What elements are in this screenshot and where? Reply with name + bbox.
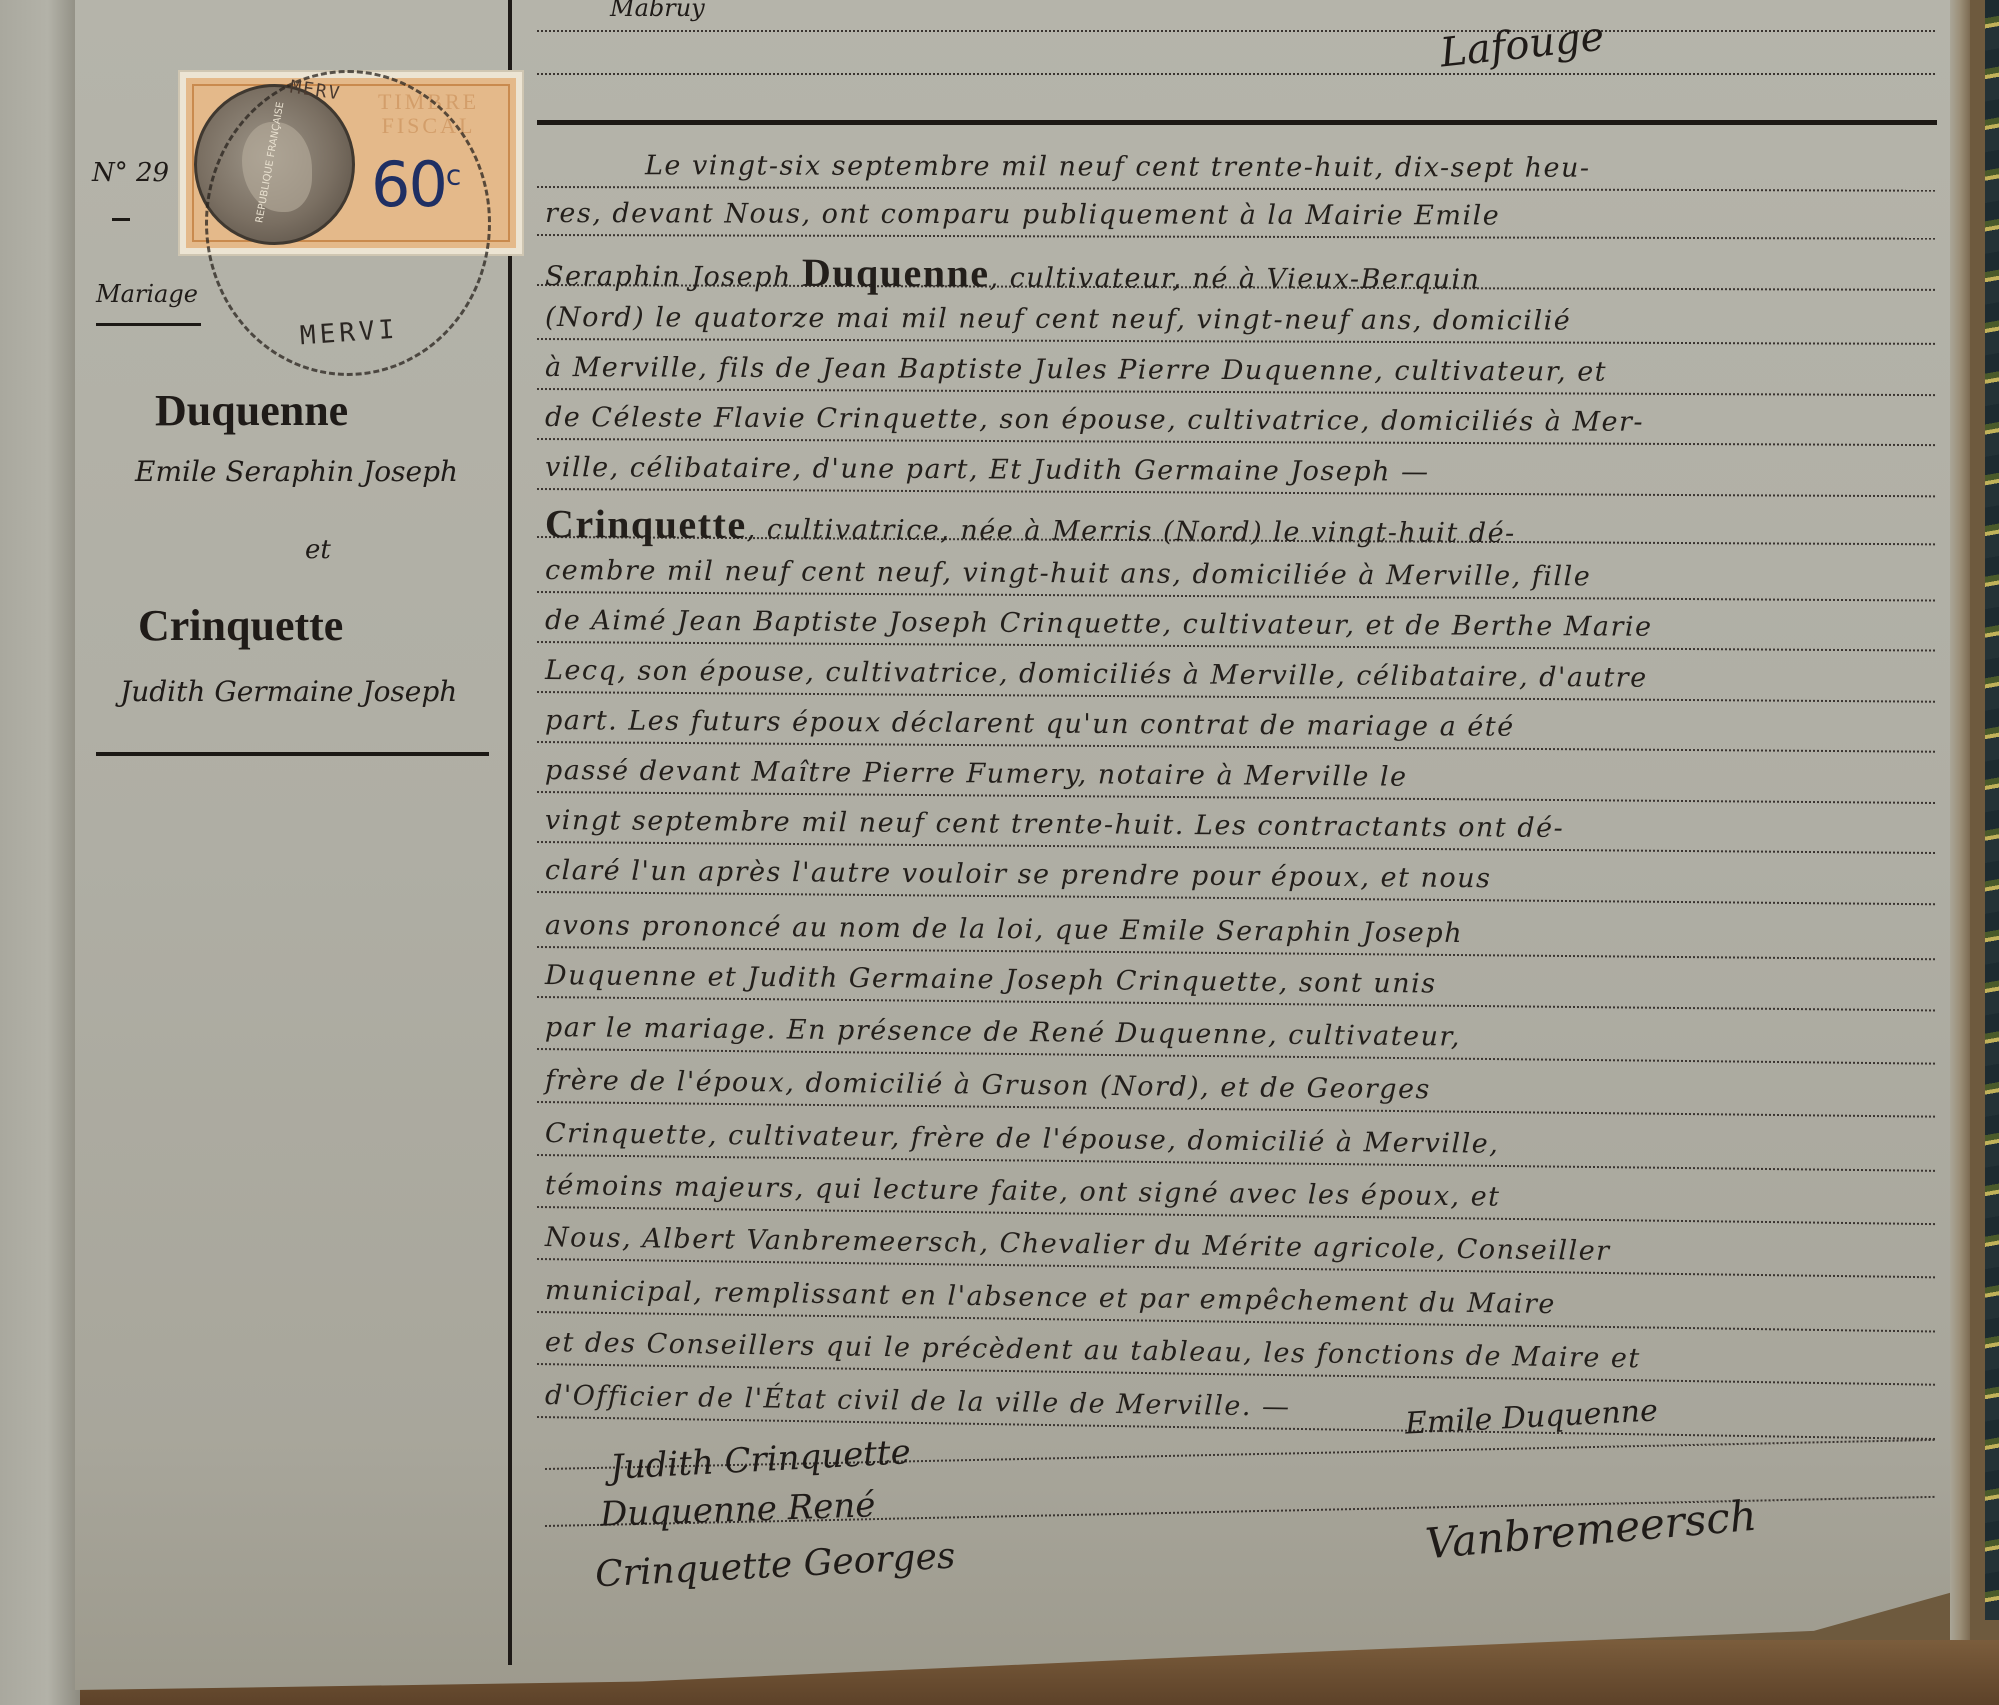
- previous-signature-left: Mabruy: [610, 0, 705, 22]
- page-edge-right: [1950, 0, 1970, 1640]
- act-line: (Nord) le quatorze mai mil neuf cent neu…: [545, 302, 1571, 337]
- act-line: Crinquette, cultivatrice, née à Merris (…: [545, 500, 1516, 552]
- act-line: Le vingt-six septembre mil neuf cent tre…: [545, 150, 1591, 184]
- left-page-edge: [0, 0, 80, 1705]
- bride-surname: Crinquette: [545, 501, 747, 547]
- groom-surname: Duquenne: [802, 250, 990, 296]
- act-line: res, devant Nous, ont comparu publiqueme…: [545, 198, 1500, 232]
- marbled-cover: [1985, 0, 1999, 1620]
- act-line: Seraphin Joseph Duquenne, cultivateur, n…: [545, 248, 1481, 298]
- margin-connector: et: [305, 535, 331, 565]
- act-number: N° 29: [92, 158, 169, 188]
- act-line: à Merville, fils de Jean Baptiste Jules …: [545, 352, 1607, 388]
- margin-groom-given-names: Emile Seraphin Joseph: [135, 455, 458, 488]
- ruled-line: [537, 30, 1937, 32]
- act-line: de Céleste Flavie Crinquette, son épouse…: [545, 402, 1644, 438]
- act-number-dash: [112, 218, 130, 221]
- margin-groom-surname: Duquenne: [155, 385, 348, 436]
- act-line: ville, célibataire, d'une part, Et Judit…: [545, 452, 1430, 488]
- margin-bride-surname: Crinquette: [138, 600, 343, 651]
- margin-bottom-rule: [96, 752, 489, 756]
- margin-bride-given-names: Judith Germaine Joseph: [120, 675, 457, 708]
- act-type-underline: [96, 323, 201, 326]
- act-line: cembre mil neuf cent neuf, vingt-huit an…: [545, 555, 1591, 592]
- act-type: Mariage: [96, 280, 198, 308]
- section-divider: [537, 120, 1937, 125]
- ruled-line: [537, 73, 1937, 75]
